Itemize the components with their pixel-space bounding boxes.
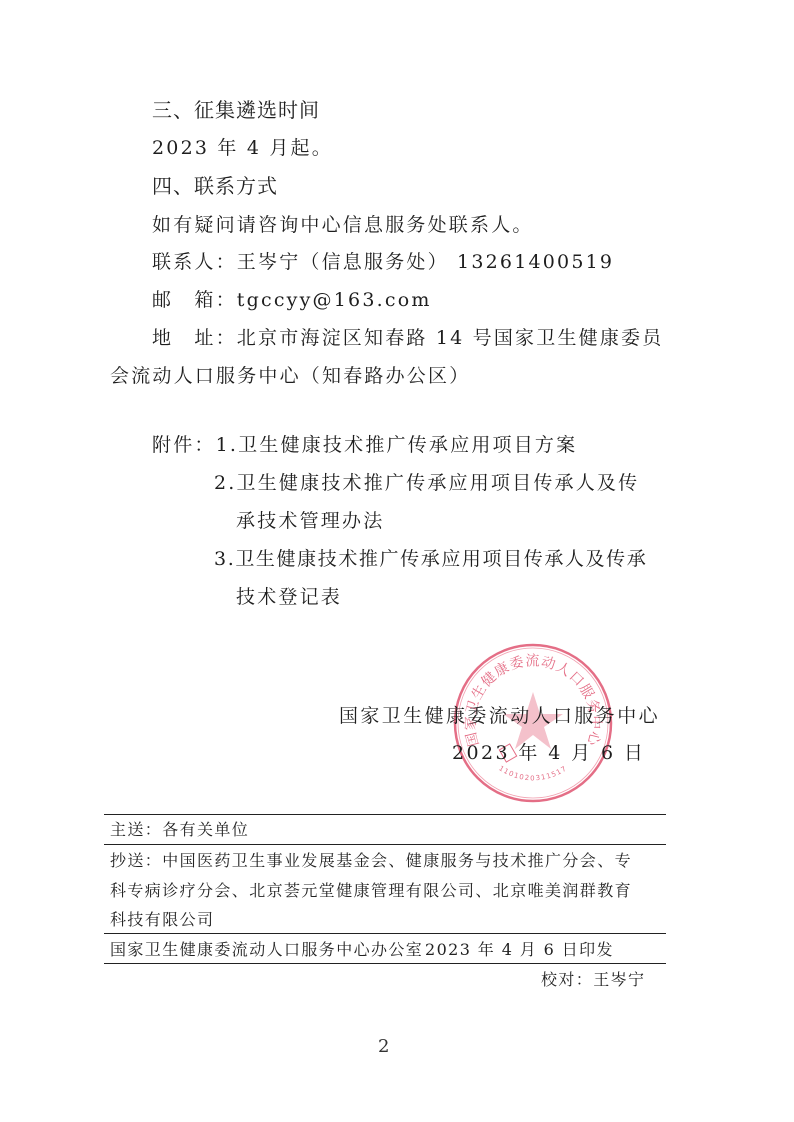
attachment-2-line-2: 承技术管理办法 [236, 509, 384, 533]
contact-intro: 如有疑问请咨询中心信息服务处联系人。 [152, 213, 534, 237]
contact-address-line-2: 会流动人口服务中心（知春路办公区） [110, 364, 470, 388]
footer-rule-bottom [104, 963, 666, 964]
attachment-3-line-2: 技术登记表 [236, 585, 342, 609]
contact-email: 邮 箱：tgccyy@163.com [152, 288, 432, 312]
main-recipients: 主送：各有关单位 [110, 820, 249, 840]
attachment-3-line-1: 3.卫生健康技术推广传承应用项目传承人及传承 [214, 547, 647, 571]
section-3-body: 2023 年 4 月起。 [152, 136, 333, 160]
section-4-heading: 四、联系方式 [152, 174, 278, 198]
cc-line-2: 科专病诊疗分会、北京荟元堂健康管理有限公司、北京唯美润群教育 [110, 881, 632, 901]
contact-address-line-1: 地 址：北京市海淀区知春路 14 号国家卫生健康委员 [152, 326, 663, 350]
footer-rule-2 [104, 933, 666, 934]
attachment-2-line-1: 2.卫生健康技术推广传承应用项目传承人及传 [214, 471, 639, 495]
attachment-1: 附件：1.卫生健康技术推广传承应用项目方案 [152, 433, 577, 457]
proofreader: 校对：王岑宁 [541, 970, 645, 990]
page-number: 2 [378, 1036, 389, 1058]
signature-date: 2023 年 4 月 6 日 [452, 741, 645, 765]
contact-person: 联系人：王岑宁（信息服务处） 13261400519 [152, 250, 614, 274]
section-3-heading: 三、征集遴选时间 [152, 98, 320, 122]
signature-organization: 国家卫生健康委流动人口服务中心 [339, 704, 660, 728]
cc-line-1: 抄送：中国医药卫生事业发展基金会、健康服务与技术推广分会、专 [110, 851, 632, 871]
document-page: 三、征集遴选时间 2023 年 4 月起。 四、联系方式 如有疑问请咨询中心信息… [0, 0, 794, 1122]
footer-rule-top [104, 814, 666, 815]
cc-line-3: 科技有限公司 [110, 910, 214, 930]
issuer: 国家卫生健康委流动人口服务中心办公室 [110, 940, 423, 960]
svg-text:1101020311517: 1101020311517 [497, 764, 569, 782]
stamp-code: 1101020311517 [497, 764, 569, 782]
issue-date: 2023 年 4 月 6 日印发 [425, 940, 614, 960]
footer-rule-1 [104, 844, 666, 845]
